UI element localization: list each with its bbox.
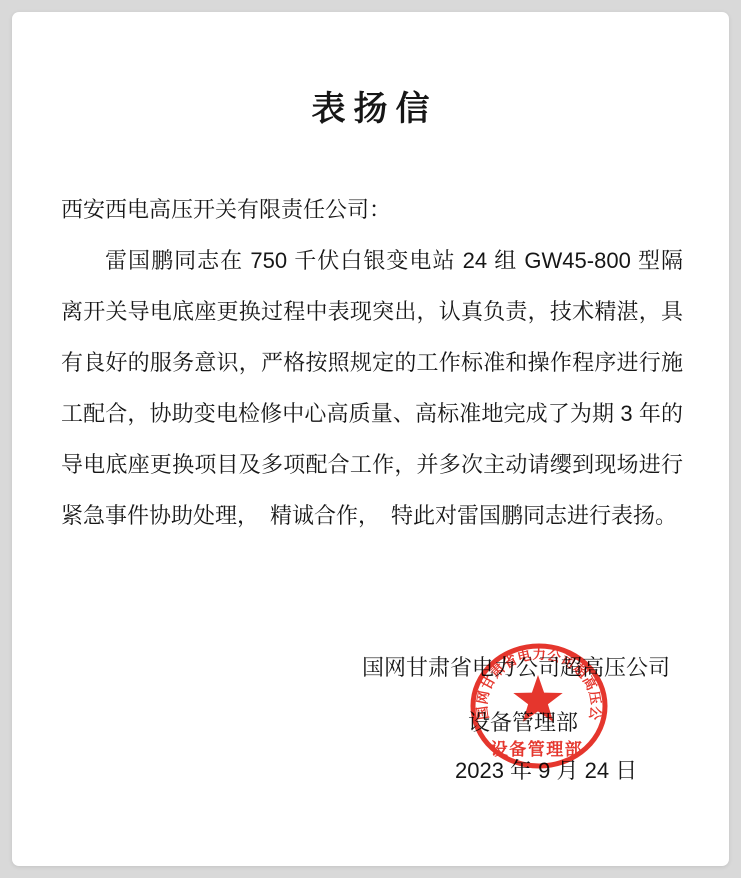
letter-page: 表扬信 西安西电高压开关有限责任公司： 雷国鹏同志在 750 千伏白银变电站 2…	[12, 12, 729, 866]
body-line: 工配合，协助变电检修中心高质量、高标准地完成了为期 3 年的	[61, 388, 683, 439]
body-line: 有良好的服务意识，严格按照规定的工作标准和操作程序进行施	[61, 337, 683, 388]
body-line: 导电底座更换项目及多项配合工作，并多次主动请缨到现场进行	[61, 439, 683, 490]
body-line: 紧急事件协助处理， 精诚合作， 特此对雷国鹏同志进行表扬。	[61, 490, 683, 541]
star-icon	[513, 675, 562, 722]
letter-title: 表扬信	[12, 86, 729, 134]
body-line: 雷国鹏同志在 750 千伏白银变电站 24 组 GW45-800 型隔	[61, 235, 683, 286]
letter-body: 西安西电高压开关有限责任公司： 雷国鹏同志在 750 千伏白银变电站 24 组 …	[61, 184, 683, 541]
screenshot-background: 表扬信 西安西电高压开关有限责任公司： 雷国鹏同志在 750 千伏白银变电站 2…	[0, 0, 741, 878]
letter-salutation: 西安西电高压开关有限责任公司：	[61, 184, 683, 235]
official-seal-stamp: 国网甘肃省电力公司超高压公司 设备管理部	[469, 642, 609, 770]
stamp-bottom-text: 设备管理部	[491, 739, 584, 759]
body-line: 离开关导电底座更换过程中表现突出，认真负责，技术精湛，具	[61, 286, 683, 337]
